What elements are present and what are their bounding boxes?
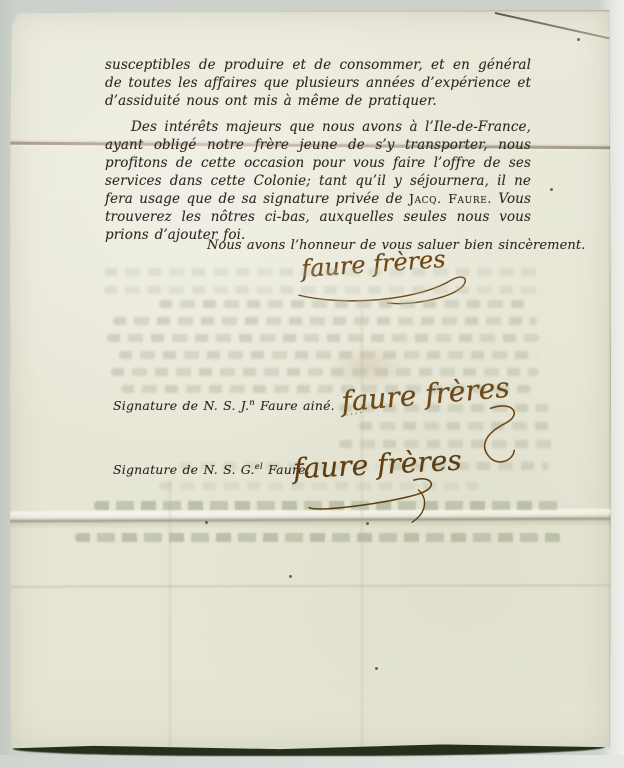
- vertical-crease-left: [169, 480, 171, 750]
- paragraph-2-name-smallcaps: Jacq. Faure.: [409, 191, 492, 206]
- signature-line-2-sup: el: [255, 462, 263, 472]
- showthrough-line: [107, 334, 539, 342]
- signature-line-1-label: Signature de N. S. J.n Faure ainé.: [113, 398, 335, 413]
- top-right-crease: [495, 12, 622, 42]
- paragraph-2: Des intérêts majeurs que nous avons à l’…: [105, 118, 531, 244]
- signature-line-1-post: Faure ainé.: [255, 398, 335, 413]
- letter-paper: susceptibles de produire et de consommer…: [9, 10, 611, 751]
- signature-flourish: [306, 475, 468, 531]
- fold-crease-faint: [9, 584, 611, 588]
- signature-gel-faure: faure frères: [292, 444, 462, 486]
- signature-line-1-pre: Signature de N. S. J.: [113, 398, 249, 413]
- ink-speck: [577, 38, 580, 41]
- ink-speck: [289, 575, 292, 578]
- ink-speck: [205, 521, 208, 524]
- showthrough-line: [104, 286, 544, 294]
- ink-speck: [366, 522, 369, 525]
- showthrough-line: [75, 533, 561, 542]
- showthrough-line: [113, 317, 537, 325]
- showthrough-line: [104, 268, 544, 276]
- showthrough-line: [119, 351, 537, 359]
- paragraph-1: susceptibles de produire et de consommer…: [105, 56, 531, 110]
- signature-line-2-label: Signature de N. S. G.el Faure.: [113, 462, 310, 477]
- signature-line-2-pre: Signature de N. S. G.: [113, 462, 255, 477]
- showthrough-line: [159, 300, 531, 308]
- scanner-background: [0, 755, 624, 768]
- ink-speck: [375, 667, 378, 670]
- paragraph-1-text: susceptibles de produire et de consommer…: [105, 57, 531, 109]
- ink-speck: [550, 188, 553, 191]
- scanned-letter-page: susceptibles de produire et de consommer…: [0, 0, 624, 768]
